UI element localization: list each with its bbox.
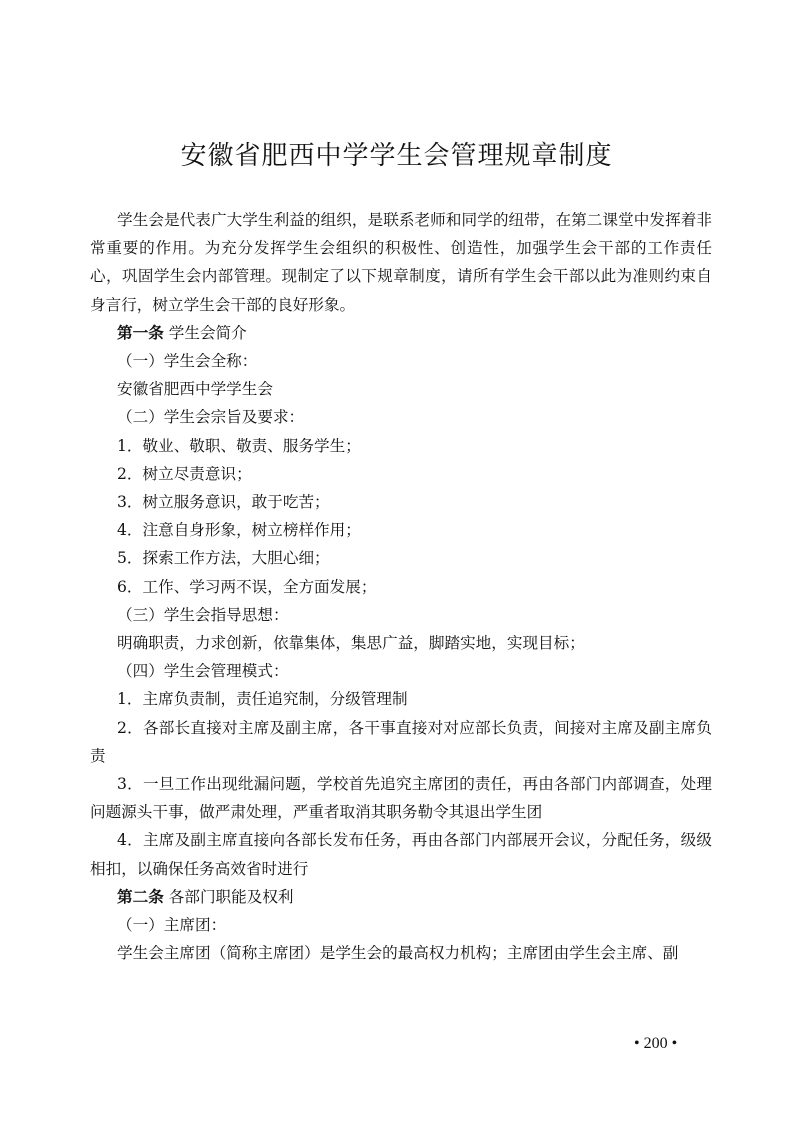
list-item: 1．主席负责制，责任追究制，分级管理制 — [90, 685, 712, 713]
document-title: 安徽省肥西中学学生会管理规章制度 — [0, 138, 793, 174]
list-item: 3．树立服务意识，敢于吃苦； — [90, 488, 712, 516]
section-heading: （四）学生会管理模式： — [90, 657, 712, 685]
document-page: 安徽省肥西中学学生会管理规章制度 学生会是代表广大学生利益的组织，是联系老师和同… — [0, 0, 793, 1122]
list-item: 4．注意自身形象，树立榜样作用； — [90, 516, 712, 544]
article-number: 第二条 — [117, 887, 164, 906]
list-item: 2．树立尽责意识； — [90, 460, 712, 488]
page-number: • 200 • — [634, 1034, 677, 1054]
list-item: 3．一旦工作出现纰漏问题，学校首先追究主席团的责任，再由各部门内部调查，处理问题… — [90, 770, 712, 826]
article-number: 第一条 — [117, 323, 164, 342]
section-heading: （一）学生会全称： — [90, 347, 712, 375]
section-heading: （一）主席团： — [90, 911, 712, 939]
intro-paragraph: 学生会是代表广大学生利益的组织，是联系老师和同学的纽带，在第二课堂中发挥着非常重… — [90, 206, 712, 319]
article-heading: 第二条 各部门职能及权利 — [90, 883, 712, 911]
section-text: 学生会主席团（简称主席团）是学生会的最高权力机构；主席团由学生会主席、副 — [90, 939, 712, 967]
list-item: 4．主席及副主席直接向各部长发布任务，再由各部门内部展开会议，分配任务，级级相扣… — [90, 826, 712, 882]
list-item: 6．工作、学习两不误，全方面发展； — [90, 573, 712, 601]
list-item: 5．探索工作方法，大胆心细； — [90, 544, 712, 572]
article-title: 学生会简介 — [169, 324, 247, 342]
list-item: 2．各部长直接对主席及副主席，各干事直接对对应部长负责，间接对主席及副主席负责 — [90, 714, 712, 770]
section-text: 明确职责，力求创新，依靠集体，集思广益，脚踏实地，实现目标； — [90, 629, 712, 657]
section-text: 安徽省肥西中学学生会 — [90, 375, 712, 403]
list-item: 1．敬业、敬职、敬责、服务学生； — [90, 432, 712, 460]
section-heading: （三）学生会指导思想： — [90, 601, 712, 629]
article-title: 各部门职能及权利 — [169, 888, 294, 906]
section-heading: （二）学生会宗旨及要求： — [90, 403, 712, 431]
document-body: 学生会是代表广大学生利益的组织，是联系老师和同学的纽带，在第二课堂中发挥着非常重… — [90, 206, 712, 967]
article-heading: 第一条 学生会简介 — [90, 319, 712, 347]
